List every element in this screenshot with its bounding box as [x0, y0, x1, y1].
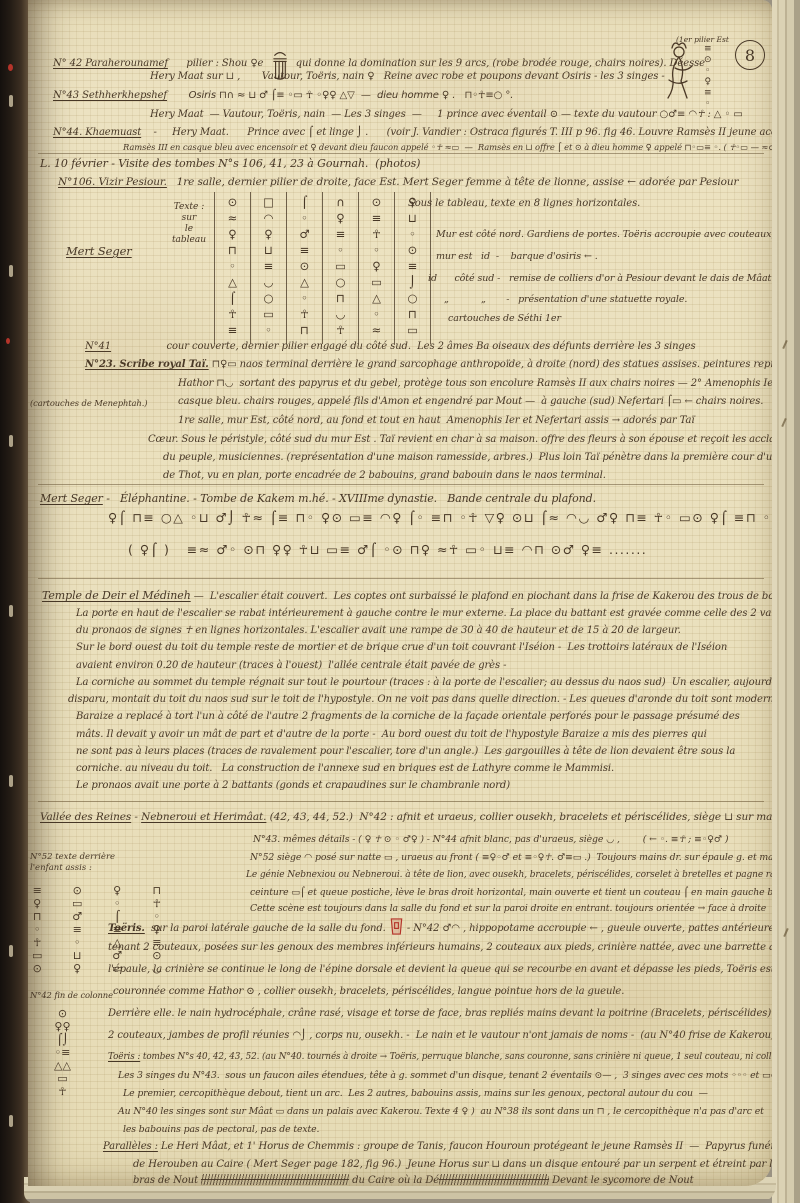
reines-heading2: Nebneroui et Herimâat.: [141, 811, 266, 823]
hieroglyph-table-column: ∩ ♀ ≡ ◦ ▭ ○ ⊓ ◡ ☥: [322, 192, 358, 344]
pesiour-wall-note: mur est id - barque d'osiris ← .: [436, 250, 598, 263]
tomb-44-text: - Hery Maat. Prince avec ⌠ et linge ⌡ . …: [141, 127, 772, 138]
section-divider: [38, 801, 764, 802]
tomb-23-line4: 1re salle, mur Est, côté nord, au fond e…: [178, 414, 694, 427]
pesiour-wall-note: „ „ - présentation d'une statuette royal…: [444, 293, 687, 306]
pesiour-wall-note: id côté sud - remise de colliers d'or à …: [428, 272, 771, 285]
hieroglyph-table-column: ♀ ⊔ ◦ ⊙ ≡ ⌡ ○ ⊓ ▭: [394, 192, 431, 344]
parallels-line1: Parallèles : Le Heri Mâat, et 1' Horus d…: [103, 1140, 772, 1153]
tomb-23-margin-note: (cartouches de Menephtah.): [30, 397, 147, 410]
pesiour-heading: N°106. Vizir Pesiour.: [58, 176, 167, 188]
temple-line: Temple de Deir el Médineh — L'escalier é…: [42, 589, 772, 603]
book-binding: [0, 0, 30, 1203]
toeris-line7: Toëris : tombes N°s 40, 42, 43, 52. (au …: [108, 1051, 772, 1064]
parallels-text3b: du Caire où la Dé: [349, 1175, 439, 1186]
parallels-text1: Le Heri Mâat, et 1' Horus de Chemmis : g…: [158, 1141, 772, 1152]
toeris-text1a: sur la paroi latérale gauche de la salle…: [145, 923, 389, 934]
tomb-23-line: N°23. Scribe royal Taï. ⊓♀▭ naos termina…: [85, 358, 772, 371]
toeris-line1: Toëris. sur la paroi latérale gauche de …: [108, 918, 772, 935]
page-number-badge: 8: [735, 40, 765, 70]
tomb-23-line6: du peuple, musiciennes. (représentation …: [163, 451, 772, 464]
temple-line: disparu, montait du toit du naos sud sur…: [68, 693, 772, 706]
visit-line: L. 10 février - Visite des tombes N°s 10…: [40, 157, 420, 170]
pesiour-wall-note: Mur est côté nord. Gardiens de portes. T…: [436, 228, 772, 241]
tomb-42-line2: Hery Maat sur ⊔ , Vautour, Toëris, nain …: [150, 70, 665, 83]
toeris-line: tenant 2 couteaux, posées sur les genoux…: [108, 941, 772, 954]
section-divider: [38, 578, 764, 579]
hieroglyph-table: ⊙ ≈ ♀ ⊓ ◦ △ ⌠ ☥ ≡ □ ◠ ♀ ⊔ ≡ ◡ ○ ▭ ◦ ⌠ ◦ …: [214, 192, 431, 344]
toeris-line: Au N°40 les singes sont sur Mâat ▭ dans …: [118, 1105, 764, 1118]
toeris-text1b: - N°42 ♂◠ , hippopotame accroupie ← , gu…: [404, 923, 772, 934]
crossed-out-text: [439, 1174, 549, 1185]
temple-text: — L'escalier était couvert. Les coptes o…: [191, 591, 772, 602]
pesiour-line: N°106. Vizir Pesiour. 1re salle, dernier…: [58, 176, 738, 189]
tomb-43-text: Osiris ⊓∩ ≈ ⊔ ♂ ⌠≡ ◦▭ ☥ ◦♀♀ △▽ — dieu ho…: [167, 90, 513, 101]
red-margin-mark: [8, 64, 13, 71]
tomb-41-line: N°41 cour couverte, dernier pilier engag…: [85, 340, 696, 353]
tomb-23-line2: Hathor ⊓◡ sortant des papyrus et du gebe…: [178, 377, 772, 390]
tomb-43-line: N°43 Sethherkhepshef Osiris ⊓∩ ≈ ⊔ ♂ ⌠≡ …: [53, 89, 513, 102]
binding-stitch: [9, 775, 13, 787]
binding-stitch: [9, 435, 13, 447]
toeris-margin-label: N°42 fin de colonne: [30, 989, 113, 1002]
tomb-23-line5: Cœur. Sous le péristyle, côté sud du mur…: [148, 433, 772, 446]
reines-line: ceinture ▭⌠ et queue postiche, lève le b…: [250, 886, 772, 899]
pesiour-wall-note: cartouches de Séthi 1er: [448, 312, 561, 325]
temple-line: corniche. au niveau du toit. La construc…: [76, 762, 614, 775]
reines-heading: Vallée des Reines: [40, 811, 131, 823]
toeris-line: couronnée comme Hathor ⊙ , collier ousek…: [113, 985, 624, 998]
toeris-line: Le premier, cercopithèque debout, tient …: [123, 1087, 708, 1100]
hieroglyph-table-column: ⌠ ◦ ♂ ≡ ⊙ △ ◦ ☥ ⊓: [286, 192, 322, 344]
tomb-23-line3: casque bleu. chairs rouges, appelé fils …: [178, 395, 763, 408]
tomb-41-text: cour couverte, dernier pilier engagé du …: [111, 341, 696, 352]
tomb-44-line: N°44. Khaemuast - Hery Maat. Prince avec…: [53, 126, 772, 139]
hieroglyph-band-row: ♀⌠ ⊓≡ ○△ ◦⊔ ♂⌡ ☥≈ ⌠≡ ⊓◦ ♀⊙ ▭≡ ◠♀ ⌠◦ ≡⊓ ◦…: [108, 511, 772, 524]
hieroglyph-margin-column: ⊙ ♀♀ ⌠⌡ ◦≡ △△ ▭ ☥: [54, 1007, 71, 1098]
hieroglyph-table-column: □ ◠ ♀ ⊔ ≡ ◡ ○ ▭ ◦: [250, 192, 286, 344]
temple-line: ne sont pas à leurs places (traces de ra…: [76, 745, 735, 758]
tomb-41-label: N°41: [85, 341, 111, 352]
binding-stitch: [9, 265, 13, 277]
tomb-42-text2: qui donne la domination sur les 9 arcs, …: [290, 58, 705, 69]
reines-sep: -: [131, 811, 141, 823]
hieroglyph-band-row: ( ♀⌠ ) ≡≈ ♂◦ ⊙⊓ ♀♀ ☥⊔ ▭≡ ♂⌠ ◦⊙ ⊓♀ ≈☥ ▭◦ …: [128, 543, 647, 556]
hieroglyph-column: ≡ ⊙ ◦ ♀ ≡ ◦: [704, 44, 712, 110]
section-divider: [38, 153, 764, 154]
temple-heading: Temple de Deir el Médineh: [42, 589, 191, 602]
crossed-out-text: [201, 1174, 349, 1185]
hieroglyph-margin-column: ⊙ ▭ ♂ ≡ ◦ ⊔ ♀: [72, 884, 82, 975]
toeris-line: l'épaule, la crinière se continue le lon…: [108, 963, 772, 976]
reines-text: (42, 43, 44, 52.) N°42 : afnit et uraeus…: [266, 811, 772, 823]
page-stack-right-edge: [772, 0, 800, 1203]
reines-line: N°43. mêmes détails - ( ♀ ☥ ⊙ ◦ ♂♀ ) - N…: [253, 833, 728, 846]
binding-stitch: [9, 945, 13, 957]
parallels-text3c: Devant le sycomore de Nout: [549, 1175, 693, 1186]
mert-seger-label: Mert Seger: [66, 245, 132, 258]
elephantine-line: Mert Seger - Éléphantine. - Tombe de Kak…: [40, 492, 596, 505]
red-margin-mark: [6, 338, 10, 344]
elephantine-text: - Éléphantine. - Tombe de Kakem m.hé. - …: [103, 492, 596, 505]
toeris-line: les babouins pas de pectoral, pas de tex…: [123, 1123, 319, 1136]
binding-stitch: [9, 1115, 13, 1127]
page-number: 8: [745, 46, 755, 65]
table-caption: Texte : sur le tableau: [168, 202, 210, 246]
reines-line: N°52 siège ◠ posé sur natte ▭ , uraeus a…: [250, 851, 772, 864]
tomb-43-label: N°43 Sethherkhepshef: [53, 90, 167, 101]
toeris-line: Les 3 singes du N°43. sous un faucon ail…: [118, 1069, 772, 1082]
tomb-44-label: N°44. Khaemuast: [53, 127, 141, 138]
toeris-text7: tombes N°s 40, 42, 43, 52. (au N°40. tou…: [140, 1052, 772, 1062]
tomb-23-heading: N°23. Scribe royal Taï.: [85, 359, 209, 370]
parallels-line2: de Herouben au Caire ( Mert Seger page 1…: [133, 1158, 772, 1171]
binding-stitch: [9, 605, 13, 617]
toeris-heading2: Toëris :: [108, 1052, 140, 1062]
notebook-scan: 8 N° 42 Paraherounamef pilier : Shou ♀e …: [0, 0, 800, 1203]
mert-seger-name: Mert Seger: [66, 244, 132, 258]
parallels-heading: Parallèles :: [103, 1141, 158, 1152]
temple-line: avaient environ 0.20 de hauteur (traces …: [76, 659, 506, 672]
hieroglyph-margin-column: ≡ ♀ ⊓ ◦ ☥ ▭ ⊙: [32, 884, 42, 975]
hieroglyph-table-column: ⊙ ≡ ☥ ◦ ♀ ▭ △ ◦ ≈: [358, 192, 394, 344]
elephantine-heading: Mert Seger: [40, 492, 103, 505]
reines-margin-label: N°52 texte derrière l'enfant assis :: [30, 852, 115, 874]
binding-stitch: [9, 95, 13, 107]
reines-line1: Vallée des Reines - Nebneroui et Herimâa…: [40, 811, 772, 824]
reines-line: Cette scène est toujours dans la salle d…: [250, 902, 766, 915]
temple-line: La porte en haut de l'escalier se rabat …: [76, 607, 772, 620]
pesiour-subline: Sous le tableau, texte en 8 lignes horiz…: [408, 197, 640, 210]
temple-line: Le pronaos avait une porte à 2 battants …: [76, 779, 510, 792]
parallels-line3: bras de Nout du Caire où la Dé Devant le…: [133, 1174, 694, 1186]
temple-line: Sur le bord ouest du toit du temple rest…: [76, 641, 727, 654]
tomb-42-text1: pilier : Shou ♀e: [168, 58, 270, 69]
notebook-page: 8 N° 42 Paraherounamef pilier : Shou ♀e …: [28, 0, 772, 1186]
reines-line: Le génie Nebnexiou ou Nebneroui. à tête …: [246, 869, 772, 882]
temple-line: du pronaos de signes ☥ en lignes horizon…: [76, 624, 681, 637]
parallels-text3a: bras de Nout: [133, 1175, 201, 1186]
temple-line: Baraize a replacé à tort l'un à côté de …: [76, 710, 740, 723]
hieroglyph-table-column: ⊙ ≈ ♀ ⊓ ◦ △ ⌠ ☥ ≡: [214, 192, 250, 344]
toeris-heading: Toëris.: [108, 923, 145, 934]
tomb-43-line2: Hery Maat — Vautour, Toëris, nain — Les …: [150, 108, 743, 121]
pesiour-text: 1re salle, dernier pilier de droite, fac…: [167, 176, 739, 188]
toeris-line: Derrière elle. le nain hydrocéphale, crâ…: [108, 1007, 772, 1020]
red-pylon-sketch: [389, 918, 404, 935]
temple-line: La corniche au sommet du temple régnait …: [76, 676, 772, 689]
section-divider: [38, 484, 764, 485]
tomb-23-text: ⊓♀▭ naos terminal derrière le grand sarc…: [209, 359, 772, 370]
temple-line: mâts. Il devait y avoir un mât de part e…: [76, 728, 707, 741]
tomb-42-label: N° 42 Paraherounamef: [53, 58, 168, 69]
toeris-line: 2 couteaux, jambes de profil réunies ◠⌡ …: [108, 1029, 772, 1042]
tomb-23-line7: de Thot, vu en plan, porte encadrée de 2…: [163, 469, 606, 482]
